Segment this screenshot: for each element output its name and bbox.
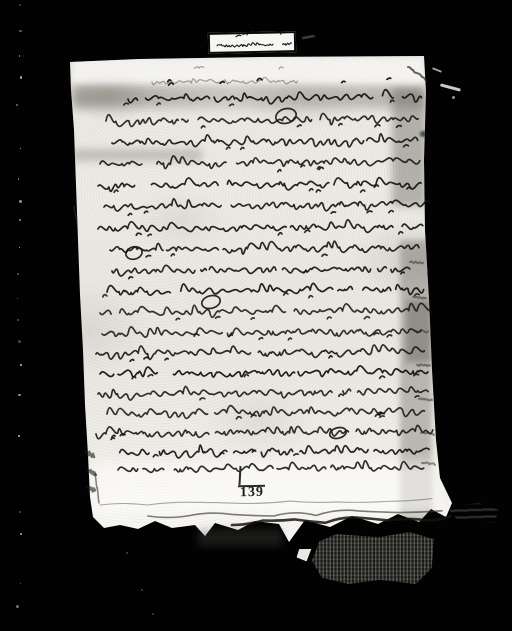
film-label-text-glyphs bbox=[212, 33, 292, 52]
film-speck bbox=[19, 247, 20, 248]
film-speck bbox=[17, 273, 19, 275]
film-speck bbox=[20, 148, 21, 149]
film-speck bbox=[19, 55, 20, 56]
film-speck bbox=[20, 76, 23, 79]
page-number-block: 139 bbox=[236, 466, 276, 506]
film-speck bbox=[19, 4, 21, 6]
film-scratch bbox=[440, 83, 461, 91]
film-speck bbox=[152, 613, 154, 615]
microfilm-photo: 139 bbox=[0, 0, 512, 631]
film-speck bbox=[19, 511, 21, 513]
film-speck bbox=[17, 319, 18, 320]
film-speck bbox=[20, 533, 22, 535]
film-speck bbox=[20, 583, 21, 584]
film-speck bbox=[16, 104, 18, 106]
film-scratch bbox=[432, 67, 442, 73]
fabric-streaks bbox=[447, 503, 499, 523]
film-speck bbox=[18, 178, 20, 180]
film-speck bbox=[19, 219, 21, 221]
page-number-bracket bbox=[239, 466, 241, 485]
film-speck bbox=[20, 364, 22, 366]
fabric-texture-patch bbox=[312, 532, 434, 584]
crease-line bbox=[74, 206, 77, 223]
label-glyph-stroke bbox=[217, 33, 292, 47]
film-speck bbox=[17, 298, 18, 299]
film-speck bbox=[19, 200, 22, 203]
film-speck bbox=[18, 340, 21, 343]
film-speck bbox=[18, 394, 20, 396]
film-speck bbox=[19, 30, 22, 33]
page-shadow bbox=[198, 529, 282, 546]
film-speck bbox=[18, 435, 20, 437]
film-scratch bbox=[452, 96, 455, 99]
film-speck bbox=[141, 589, 143, 591]
page-number: 139 bbox=[240, 485, 264, 501]
film-speck bbox=[122, 428, 124, 430]
film-speck bbox=[126, 552, 128, 554]
film-frame-label bbox=[208, 31, 296, 54]
film-speck bbox=[16, 605, 19, 608]
paper-fragment bbox=[296, 547, 313, 562]
edge-stain bbox=[420, 131, 429, 137]
film-scratch bbox=[302, 35, 315, 39]
